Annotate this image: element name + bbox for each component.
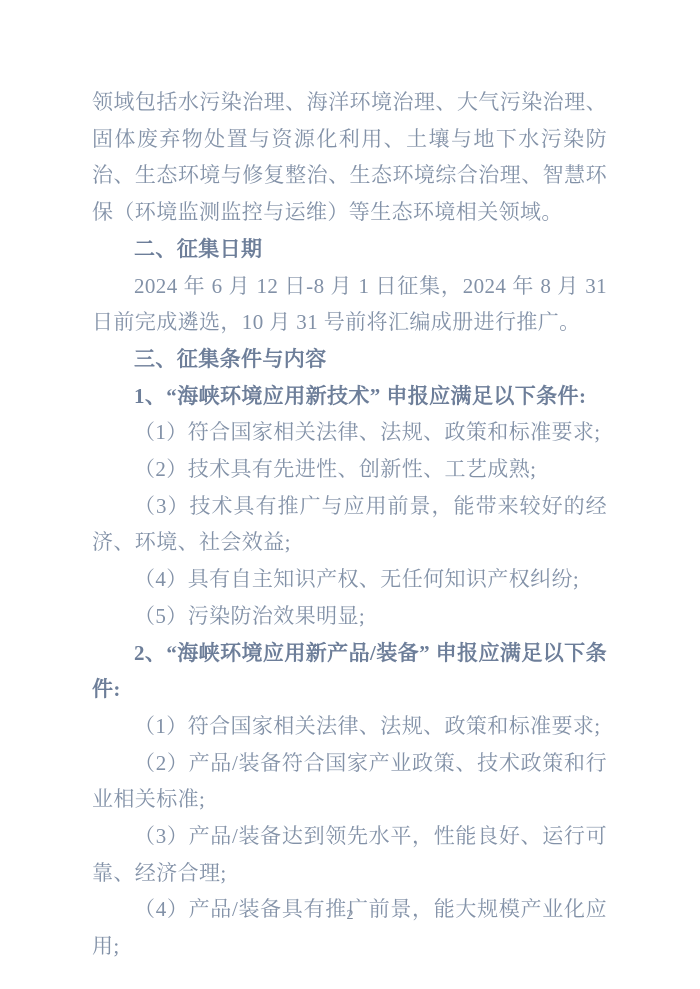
list-item-product-2: （2）产品/装备符合国家产业政策、技术政策和行业相关标准; (92, 745, 607, 818)
section-heading-3: 三、征集条件与内容 (92, 341, 607, 378)
subsection-heading-2: 2、“海峡环境应用新产品/装备” 申报应满足以下条件: (92, 635, 607, 708)
list-item-product-3: （3）产品/装备达到领先水平，性能良好、运行可靠、经济合理; (92, 818, 607, 891)
paragraph-scope-continuation: 领域包括水污染治理、海洋环境治理、大气污染治理、固体废弃物处置与资源化利用、土壤… (92, 84, 607, 231)
document-page: 领域包括水污染治理、海洋环境治理、大气污染治理、固体废弃物处置与资源化利用、土壤… (0, 0, 700, 989)
section-heading-2: 二、征集日期 (92, 231, 607, 268)
list-item-product-4: （4）产品/装备具有推广前景，能大规模产业化应用; (92, 891, 607, 964)
document-body: 领域包括水污染治理、海洋环境治理、大气污染治理、固体废弃物处置与资源化利用、土壤… (92, 84, 607, 965)
list-item-tech-2: （2）技术具有先进性、创新性、工艺成熟; (92, 451, 607, 488)
list-item-tech-5: （5）污染防治效果明显; (92, 598, 607, 635)
list-item-tech-3: （3）技术具有推广与应用前景，能带来较好的经济、环境、社会效益; (92, 488, 607, 561)
list-item-tech-1: （1）符合国家相关法律、法规、政策和标准要求; (92, 414, 607, 451)
list-item-tech-4: （4）具有自主知识产权、无任何知识产权纠纷; (92, 561, 607, 598)
paragraph-dates: 2024 年 6 月 12 日-8 月 1 日征集，2024 年 8 月 31 … (92, 268, 607, 341)
subsection-heading-1: 1、“海峡环境应用新技术” 申报应满足以下条件: (92, 378, 607, 415)
list-item-product-1: （1）符合国家相关法律、法规、政策和标准要求; (92, 708, 607, 745)
page-number: 2 (0, 906, 700, 926)
